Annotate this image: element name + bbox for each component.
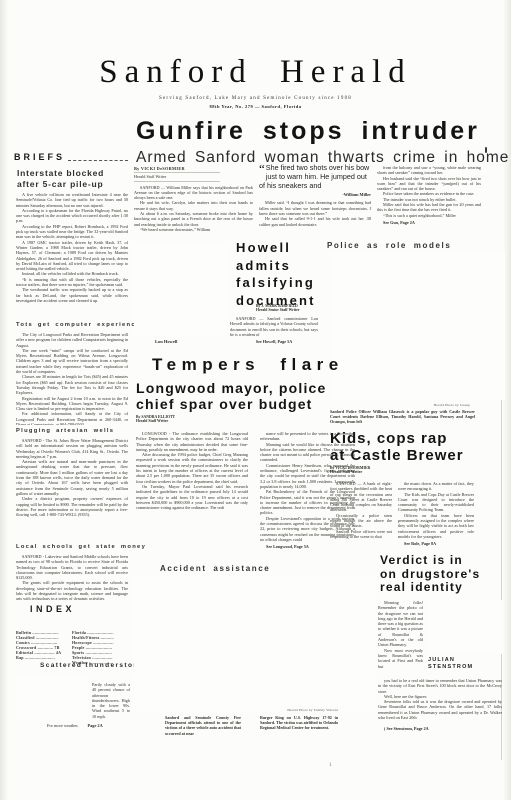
verdict-intro-column: Morning folks! Remember the photo of the… bbox=[378, 600, 423, 669]
scan-edge-left bbox=[0, 0, 8, 800]
headline-line: Verdict is in bbox=[380, 554, 480, 568]
paragraph: Under a district program, property owner… bbox=[16, 496, 128, 517]
paragraph: “This is such a quiet neighborhood,” Mil… bbox=[377, 213, 481, 218]
accident-caption-col1: Sanford and Seminole County Fire Departm… bbox=[165, 715, 241, 736]
briefs-label-text: BRIEFS bbox=[14, 152, 65, 162]
paragraph: The City of Longwood Parks and Recreatio… bbox=[16, 332, 128, 348]
tempers-headline: Tempers flare bbox=[152, 355, 344, 375]
kids-column-2-text: the music down. As a matter of fact, the… bbox=[398, 481, 474, 539]
paragraph: He said that he called 9-1-1 and his wif… bbox=[259, 216, 371, 227]
julian-stenstrom-photo bbox=[428, 600, 502, 654]
lon-howell-photo bbox=[134, 243, 226, 336]
headline-line: real identity bbox=[380, 581, 480, 595]
paragraph: Despite Lovestrand's opposition to a wor… bbox=[260, 516, 355, 542]
kids-column-2: the music down. As a matter of fact, the… bbox=[398, 481, 474, 546]
columnist-name: JULIANSTENSTROM bbox=[428, 657, 473, 671]
tempers-byline-title: Herald Staff Writer bbox=[136, 419, 216, 423]
paragraph: Artesian wells are natural and man-made … bbox=[16, 459, 128, 496]
headline-line: chief spar over budget bbox=[136, 397, 327, 413]
lead-byline-title: Herald Staff Writer bbox=[134, 173, 220, 181]
howell-photo-caption: Lon Howell bbox=[155, 339, 177, 344]
verdict-headline: Verdict is inon drugstore'sreal identity bbox=[380, 554, 480, 595]
tempers-column-1: LONGWOOD - The ordinance establishing th… bbox=[136, 431, 248, 510]
briefs-section-label: BRIEFS bbox=[14, 152, 128, 162]
weather-more-page: Page 2A bbox=[88, 723, 103, 728]
paragraph: The Kids and Cops Day at Castle Brewer C… bbox=[398, 492, 474, 513]
lead-jump-line: See Gun, Page 2A bbox=[377, 220, 481, 225]
lead-column-3: from the balcony and saw a “young, white… bbox=[377, 165, 481, 225]
paragraph: Officers on that team have been permanen… bbox=[398, 513, 474, 539]
paragraph: For additional information, call Sandy a… bbox=[16, 411, 128, 425]
paragraph: After discussing the 1994 police budget,… bbox=[136, 452, 248, 484]
paragraph: Morning folks! Remember the photo of the… bbox=[378, 600, 423, 648]
tempers-jump-line: See Longwood, Page 5A bbox=[260, 544, 355, 549]
accident-photo-credit: Herald Photo by Tommy Vincent bbox=[240, 708, 338, 712]
howell-headline: Howelladmitsfalsifyingdocument bbox=[236, 239, 320, 309]
lead-column-1: By VICKI DeSORMIER Herald Staff Writer S… bbox=[134, 166, 253, 232]
paragraph: SANFORD - The St. Johns River Water Mana… bbox=[16, 438, 128, 459]
headline-line: Plugging artesian wells bbox=[16, 428, 114, 434]
weather-more-line: For more weather, Page 2A bbox=[47, 723, 103, 728]
verdict-body: you had to be a real old timer to rememb… bbox=[378, 678, 502, 732]
accident-caption-col2: Burger King on U.S. Highway 17-92 in San… bbox=[260, 715, 338, 731]
headline-line: Local schools get state money bbox=[16, 544, 146, 550]
paragraph: SANFORD — William Miller says that his n… bbox=[134, 185, 253, 201]
kids-jump-line: See Role, Page 8A bbox=[398, 541, 474, 546]
accident-photo bbox=[134, 577, 376, 705]
paragraph: SANFORD - Lakeview and Sanford Middle sc… bbox=[16, 554, 128, 580]
kids-photo-credit: Herald Photo by Jessup bbox=[330, 403, 470, 407]
paragraph: “We heard someone downstairs,” William bbox=[134, 227, 253, 232]
columnist-name-line: JULIAN bbox=[428, 657, 473, 664]
paragraph: Instead, all the vehicles collided with … bbox=[16, 271, 128, 276]
paragraph: nance will be presented to the voters in… bbox=[260, 431, 355, 442]
paragraph: Manning said he would like to discuss th… bbox=[260, 442, 355, 463]
pull-quote: She fired two shots over his bow just to… bbox=[259, 164, 371, 190]
scan-edge-right bbox=[503, 0, 511, 800]
masthead-tagline: Serving Sanford, Lake Mary and Seminole … bbox=[0, 96, 511, 101]
paragraph: you had to be a real old timer to rememb… bbox=[378, 678, 502, 694]
brief-3-body: SANFORD - The St. Johns River Water Mana… bbox=[16, 438, 128, 517]
paragraph: He and his wife, Carolyn, take matters i… bbox=[134, 200, 253, 211]
headline-line: Interstate blocked bbox=[17, 168, 104, 179]
pull-quote-attribution: -William Miller bbox=[259, 192, 371, 197]
brief-2-headline: Tots get computer experience bbox=[16, 322, 140, 328]
masthead-edition-line: 88th Year, No. 279 — Sanford, Florida bbox=[0, 104, 511, 109]
headline-line: falsifying bbox=[236, 274, 320, 292]
columnist-name-line: STENSTROM bbox=[428, 664, 473, 671]
lead-headline: Gunfire stops intruder bbox=[136, 117, 480, 146]
headline-line: Howell bbox=[236, 239, 320, 257]
kids-cops-photo bbox=[330, 253, 505, 400]
police-role-models-kicker: Police as role models bbox=[327, 241, 451, 250]
weather-graphic bbox=[16, 678, 88, 720]
verdict-jump-line: ( See Stenstrom, Page 2A bbox=[378, 726, 502, 731]
paragraph: According to a spokesman for the Florida… bbox=[16, 208, 128, 224]
paragraph: “It is amazing that with all those vehic… bbox=[16, 277, 128, 288]
paragraph: SANFORD — Sanford commissioner Lon Howel… bbox=[230, 316, 318, 337]
paragraph: A five vehicle collision on westbound In… bbox=[16, 192, 128, 208]
paragraph: Now most everybody knew Roumillat's was … bbox=[378, 648, 423, 669]
tempers-column-2-text: nance will be presented to the voters in… bbox=[260, 431, 355, 542]
verdict-body-text: you had to be a real old timer to rememb… bbox=[378, 678, 502, 720]
paragraph: A 1987 GMC tractor trailer, driven by Ke… bbox=[16, 240, 128, 272]
paragraph: Pat Buckenberry of the Friends of the Lo… bbox=[260, 489, 355, 515]
paragraph: The one week “mini” camps will be conduc… bbox=[16, 348, 128, 374]
paragraph: Commissioner Henry Smethson, who propose… bbox=[260, 463, 355, 489]
brief-1-headline: Interstate blockedafter 5-car pile-up bbox=[17, 168, 104, 190]
lead-column-2-text: Miller said. “I thought I was dreaming o… bbox=[259, 200, 371, 226]
paragraph: Her husband said she “fired two shots ov… bbox=[377, 176, 481, 192]
lead-column-1-text: SANFORD — William Miller says that his n… bbox=[134, 185, 253, 233]
howell-byline-title: Herald Senior Staff Writer bbox=[256, 308, 322, 312]
paragraph: Classes are 30 minutes in length for Tot… bbox=[16, 374, 128, 395]
howell-body: SANFORD — Sanford commissioner Lon Howel… bbox=[230, 316, 318, 344]
tempers-subheadline: Longwood mayor, policechief spar over bu… bbox=[136, 381, 327, 412]
paragraph: Registration will be August 2 from 10 a.… bbox=[16, 396, 128, 412]
index-entry: Rap ......................... bbox=[16, 655, 68, 660]
tempers-byline-block: By SANDRA ELLIOTT Herald Staff Writer bbox=[136, 415, 216, 423]
brief-3-headline: Plugging artesian wells bbox=[16, 428, 114, 434]
briefs-label-rule bbox=[68, 159, 128, 161]
paragraph: At about 6 a.m. on Saturday, someone bro… bbox=[134, 211, 253, 227]
paragraph: Seventeen folks told us it was the drugs… bbox=[378, 699, 502, 720]
headline-line: admits bbox=[236, 257, 320, 275]
paragraph: Police have taken the sneakers as eviden… bbox=[377, 191, 481, 196]
index-left-column: Bulletin ......................Classifie… bbox=[16, 630, 68, 660]
brief-4-body: SANFORD - Lakeview and Sanford Middle sc… bbox=[16, 554, 128, 600]
kids-photo-caption: Sanford Police Officer William Glasrock … bbox=[330, 409, 475, 425]
howell-body-text: SANFORD — Sanford commissioner Lon Howel… bbox=[230, 316, 318, 337]
headline-line: Longwood mayor, police bbox=[136, 381, 327, 397]
paragraph: The grants will provide equipment to ass… bbox=[16, 580, 128, 600]
paragraph: from the balcony and saw a “young, white… bbox=[377, 165, 481, 176]
paragraph: the music down. As a matter of fact, the… bbox=[398, 481, 474, 492]
brief-2-body: The City of Longwood Parks and Recreatio… bbox=[16, 332, 128, 425]
paragraph: Miller said that his wife has had the gu… bbox=[377, 202, 481, 213]
headline-line: Tots get computer experience bbox=[16, 322, 140, 328]
paragraph: According to the FHP report, Robert Horn… bbox=[16, 224, 128, 240]
lead-byline: By VICKI DeSORMIER bbox=[134, 166, 220, 173]
headline-line: after 5-car pile-up bbox=[17, 179, 104, 190]
howell-jump-line: See Howell, Page 5A bbox=[230, 339, 318, 344]
accident-caption-headline: Accident assistance bbox=[160, 564, 270, 573]
lead-column-3-text: from the balcony and saw a “young, white… bbox=[377, 165, 481, 218]
index-right-column: Florida ......................Health/Fit… bbox=[72, 630, 128, 665]
tempers-column-2: nance will be presented to the voters in… bbox=[260, 431, 355, 550]
brief-4-headline: Local schools get state money bbox=[16, 544, 146, 550]
index-section-label: INDEX bbox=[30, 604, 75, 614]
paragraph: The westbound traffic was reportedly bac… bbox=[16, 287, 128, 303]
howell-byline-block: By J. MARK BARFIELD Herald Senior Staff … bbox=[256, 304, 322, 312]
brief-1-body: A five vehicle collision on westbound In… bbox=[16, 192, 128, 303]
paragraph: Miller said. “I thought I was dreaming o… bbox=[259, 200, 371, 216]
paragraph: On Tuesday, Mayor Paul Lovestrand said h… bbox=[136, 484, 248, 510]
weather-more-text: For more weather, bbox=[47, 723, 78, 728]
weather-forecast-text: Partly cloudy with a 40 percent chance o… bbox=[92, 682, 130, 719]
headline-line: on drugstore's bbox=[380, 568, 480, 582]
page-number-mark: 1 bbox=[329, 763, 332, 768]
masthead-title: Sanford Herald bbox=[0, 54, 511, 91]
lead-column-2: She fired two shots over his bow just to… bbox=[259, 164, 371, 227]
paragraph: LONGWOOD - The ordinance establishing th… bbox=[136, 431, 248, 452]
newspaper-page: Sanford Herald Serving Sanford, Lake Mar… bbox=[0, 0, 511, 800]
